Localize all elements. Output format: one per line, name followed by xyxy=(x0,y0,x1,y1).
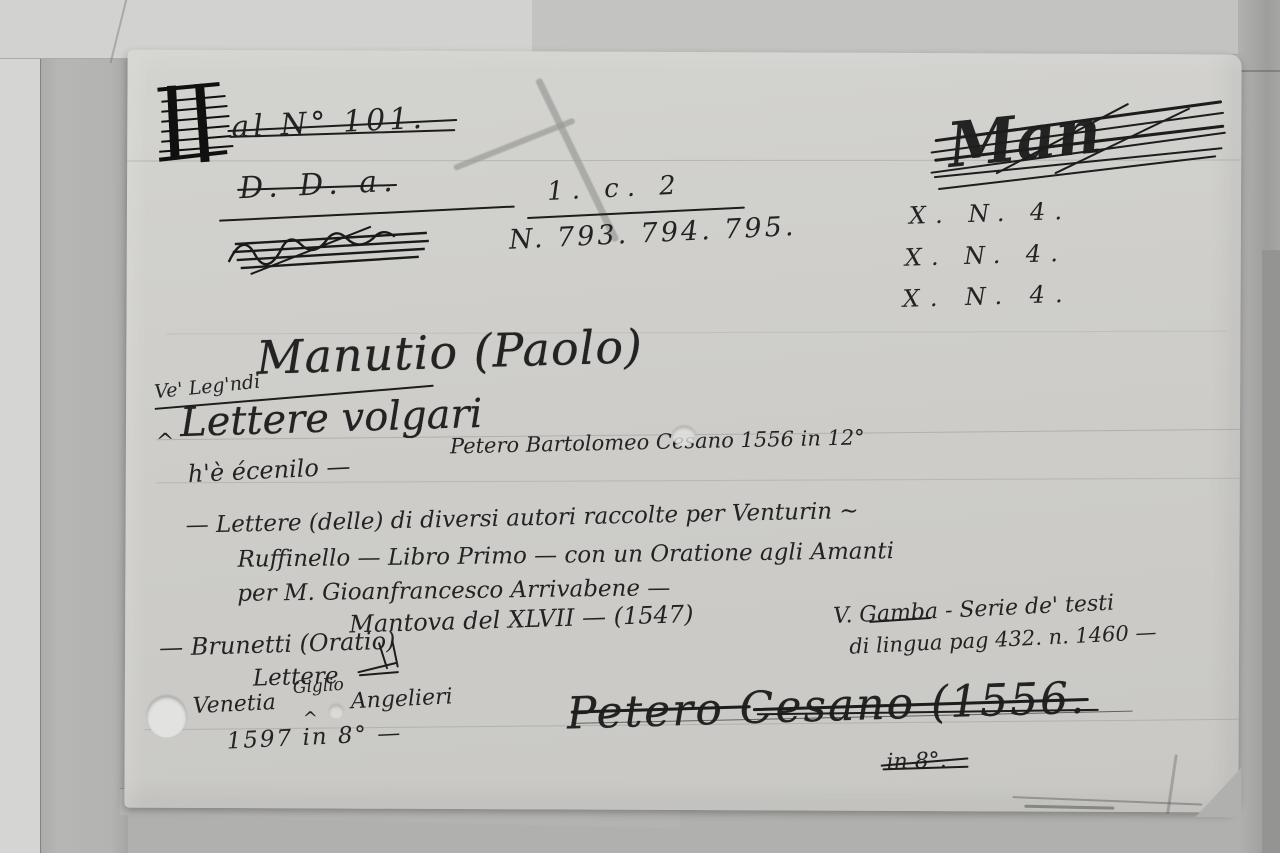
scanned-card-photo: al N° 101. D. D. a. xyxy=(0,0,1280,853)
card-heading-author: Manutio (Paolo) xyxy=(256,323,644,381)
shelf-code-row: X. N. 4. xyxy=(909,199,1072,228)
entry-line: Ruffinello — Libro Primo — con un Oratio… xyxy=(237,540,894,572)
entry-place: Venetia xyxy=(192,692,276,718)
entry-line: per M. Gioanfrancesco Arrivabene — xyxy=(237,577,670,606)
torn-corner xyxy=(1195,767,1241,817)
entry-line: Mantova del XLVII — (1547) xyxy=(349,602,694,637)
caret-mark: ^ xyxy=(156,432,175,454)
scribbled-out-name: Man xyxy=(927,89,1237,200)
entry-line: 1597 in 8° — xyxy=(226,722,403,753)
crease-line xyxy=(1166,754,1178,814)
double-bar-ink-tally-mark xyxy=(149,80,239,170)
background-paper-top xyxy=(532,0,1240,55)
card-title: Lettere volgari xyxy=(180,394,483,443)
scratched-out-letters xyxy=(353,651,403,687)
background-paper-strip-left-white xyxy=(0,0,40,853)
punch-hole xyxy=(147,696,187,738)
inserted-word: Giglio xyxy=(292,677,344,697)
class-mark: 1. c. 2 xyxy=(547,172,685,205)
side-note: h'è écenilo — xyxy=(187,454,351,486)
imprint-line: Petero Bartolomeo Cesano 1556 in 12° xyxy=(450,427,865,457)
punch-hole xyxy=(329,704,344,718)
background-shadow-right xyxy=(1262,250,1280,853)
punch-hole xyxy=(672,426,696,446)
entry-line: — Lettere (delle) di diversi autori racc… xyxy=(185,500,858,538)
catalog-card: al N° 101. D. D. a. xyxy=(124,50,1241,813)
background-binding-strip xyxy=(40,0,130,853)
shelf-code-row: X. N. 4. xyxy=(902,282,1073,311)
reference-line: di lingua pag 432. n. 1460 — xyxy=(849,622,1157,658)
scribbled-out-word xyxy=(221,218,461,279)
reference-line: V. Gamba - Serie de' testi xyxy=(833,593,1115,628)
shelf-code-row: X. N. 4. xyxy=(904,241,1067,270)
crease-line xyxy=(1024,805,1114,810)
entry-publisher: Angelieri xyxy=(350,686,453,713)
